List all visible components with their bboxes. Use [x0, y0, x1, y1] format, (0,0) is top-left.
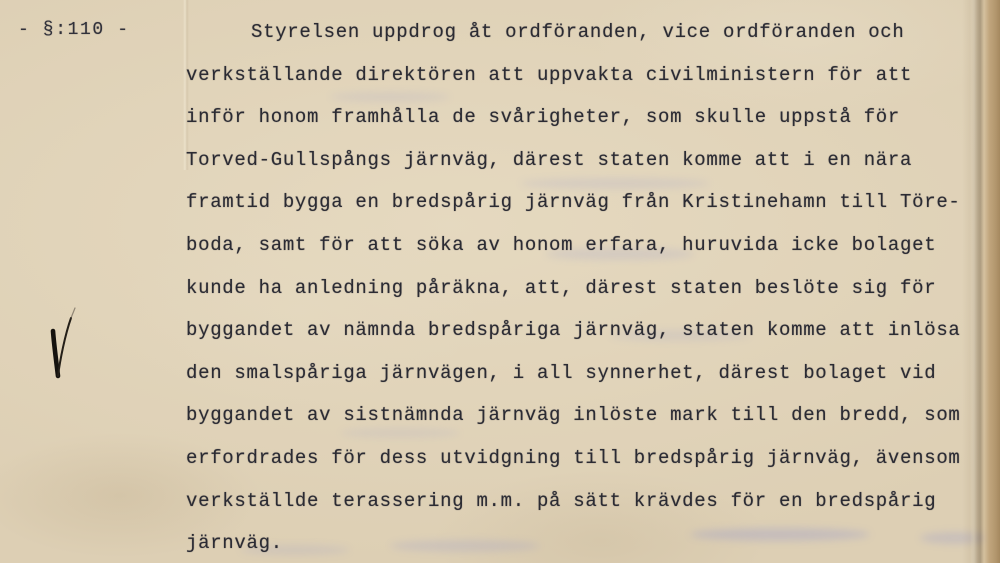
typewritten-line: boda, samt för att söka av honom erfara,… — [186, 224, 986, 267]
typewritten-line: Torved-Gullspångs järnväg, därest staten… — [186, 139, 986, 182]
typewritten-line: byggandet av nämnda bredspåriga järnväg,… — [186, 309, 986, 352]
page-edge — [962, 0, 1000, 563]
typewritten-line: verkställde terassering m.m. på sätt krä… — [186, 480, 986, 523]
typewritten-line: verkställande direktören att uppvakta ci… — [186, 54, 986, 97]
typewritten-line: Styrelsen uppdrog åt ordföranden, vice o… — [186, 11, 986, 54]
typewritten-line: framtid bygga en bredspårig järnväg från… — [186, 181, 986, 224]
typewritten-line: erfordrades för dess utvidgning till bre… — [186, 437, 986, 480]
scanned-document-page: - §:110 - Styrelsen uppdrog åt ordförand… — [0, 0, 1000, 563]
typewritten-line: den smalspåriga järnvägen, i all synnerh… — [186, 352, 986, 395]
typewritten-paragraph: Styrelsen uppdrog åt ordföranden, vice o… — [186, 11, 986, 563]
typewritten-line: inför honom framhålla de svårigheter, so… — [186, 96, 986, 139]
paragraph-number-label: - §:110 - — [18, 20, 130, 40]
typewritten-line: byggandet av sistnämnda järnväg inlöste … — [186, 394, 986, 437]
handwritten-checkmark-icon — [45, 305, 85, 390]
typewritten-line: järnväg. — [186, 522, 986, 563]
typewritten-line: kunde ha anledning påräkna, att, därest … — [186, 267, 986, 310]
